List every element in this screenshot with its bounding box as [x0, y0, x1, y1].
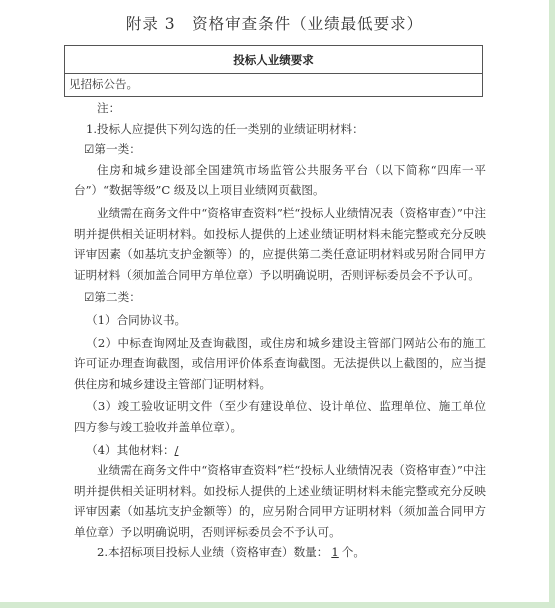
category-2-para: 业绩需在商务文件中“资格审查资料”栏“投标人业绩情况表（资格审查）”中注明并提供…	[74, 460, 486, 542]
category-1-label: 第一类：	[94, 142, 140, 156]
other-materials-value: /	[175, 443, 179, 457]
notes-label: 注：	[74, 98, 486, 119]
other-materials-label: （4）其他材料：	[86, 443, 175, 457]
category-2-item-2: （2）中标查询网址及查询截图，或住房和城乡建设主管部门网站公布的施工许可证办理查…	[74, 333, 486, 395]
category-2-item-3: （3）竣工验收证明文件（至少有建设单位、设计单位、监理单位、施工单位四方参与竣工…	[74, 396, 486, 437]
category-2-heading: ☑第二类：	[74, 287, 486, 308]
table-header: 投标人业绩要求	[65, 46, 482, 74]
note-item-1: 1.投标人应提供下列勾选的任一类别的业绩证明材料：	[74, 119, 486, 140]
note-item-2: 2.本招标项目投标人业绩（资格审查）数量：1个。	[74, 542, 486, 563]
notes-section: 注： 1.投标人应提供下列勾选的任一类别的业绩证明材料： ☑第一类： 住房和城乡…	[74, 98, 486, 563]
checkbox-checked-icon: ☑	[84, 142, 94, 156]
item-2-suffix: 个。	[342, 545, 365, 559]
requirements-table: 投标人业绩要求 见招标公告。	[64, 45, 483, 97]
category-2-item-4: （4）其他材料：/	[74, 440, 486, 461]
table-cell: 见招标公告。	[65, 74, 482, 94]
category-2-label: 第二类：	[94, 290, 140, 304]
document-page: 附录 3 资格审查条件（业绩最低要求） 投标人业绩要求 见招标公告。 注： 1.…	[0, 0, 549, 602]
performance-count: 1	[328, 545, 341, 559]
item-2-prefix: 2.本招标项目投标人业绩（资格审查）数量：	[97, 545, 328, 559]
category-1-para-2: 业绩需在商务文件中“资格审查资料”栏“投标人业绩情况表（资格审查）”中注明并提供…	[74, 203, 486, 285]
category-1-para-1: 住房和城乡建设部全国建筑市场监管公共服务平台（以下简称“四库一平台”）“数据等级…	[74, 160, 486, 201]
category-1-heading: ☑第一类：	[74, 139, 486, 160]
page-title: 附录 3 资格审查条件（业绩最低要求）	[0, 12, 549, 34]
checkbox-checked-icon: ☑	[84, 290, 94, 304]
category-2-item-1: （1）合同协议书。	[74, 310, 486, 331]
